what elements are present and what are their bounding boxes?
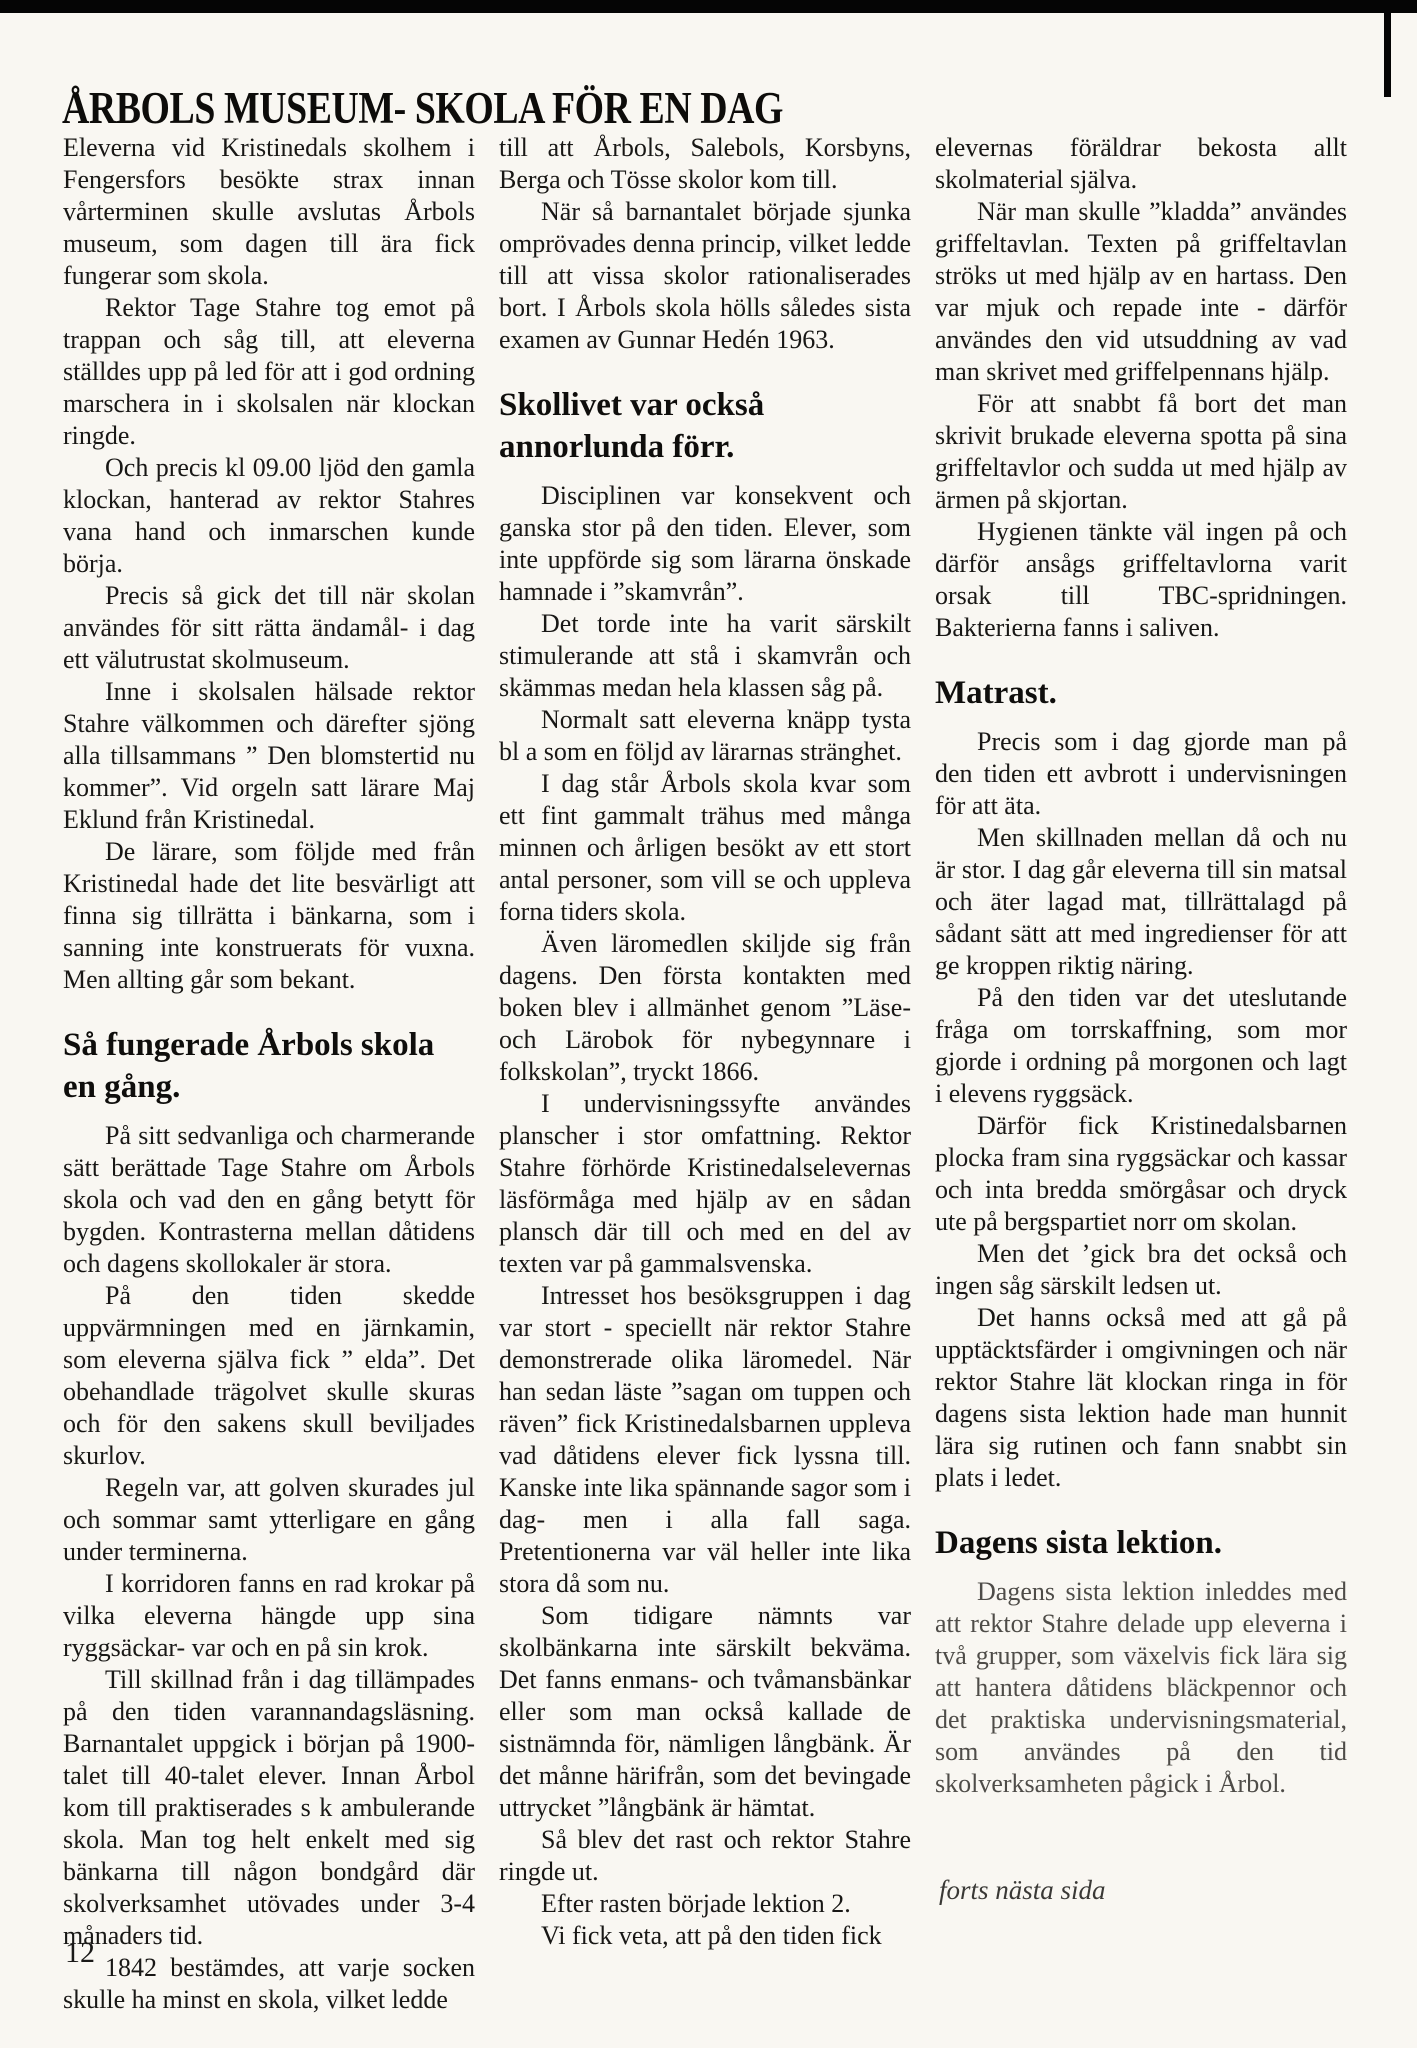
- paragraph: I undervisningssyfte användes planscher …: [499, 1088, 911, 1280]
- article-column-2: till att Årbols, Salebols, Korsbyns, Ber…: [499, 132, 911, 2016]
- section-heading: Skollivet var också annorlunda förr.: [499, 384, 911, 468]
- paragraph: Efter rasten började lektion 2.: [499, 1888, 911, 1920]
- magazine-page: ÅRBOLS MUSEUM- SKOLA FÖR EN DAG Eleverna…: [0, 0, 1417, 2048]
- paragraph: Intresset hos besöksgruppen i dag var st…: [499, 1280, 911, 1600]
- paragraph: Därför fick Kristinedalsbarnen plocka fr…: [935, 1110, 1347, 1238]
- paragraph: I korridoren fanns en rad krokar på vilk…: [63, 1568, 475, 1664]
- paragraph: Hygienen tänkte väl ingen på och därför …: [935, 516, 1347, 644]
- paragraph: Det torde inte ha varit särskilt stimule…: [499, 608, 911, 704]
- paragraph: Och precis kl 09.00 ljöd den gamla klock…: [63, 452, 475, 580]
- paragraph: Även läromedlen skiljde sig från dagens.…: [499, 928, 911, 1088]
- page-title: ÅRBOLS MUSEUM- SKOLA FÖR EN DAG: [62, 84, 783, 134]
- paragraph: När man skulle ”kladda” användes griffel…: [935, 196, 1347, 388]
- page-number: 12: [65, 1936, 95, 1970]
- paragraph: till att Årbols, Salebols, Korsbyns, Ber…: [499, 132, 911, 196]
- article-column-1: Eleverna vid Kristinedals skolhem i Feng…: [63, 132, 475, 2016]
- paragraph: På den tiden var det uteslutande fråga o…: [935, 982, 1347, 1110]
- paragraph: I dag står Årbols skola kvar som ett fin…: [499, 768, 911, 928]
- paragraph: Så blev det rast och rektor Stahre ringd…: [499, 1824, 911, 1888]
- paragraph: Regeln var, att golven skurades jul och …: [63, 1472, 475, 1568]
- paragraph: Normalt satt eleverna knäpp tysta bl a s…: [499, 704, 911, 768]
- paragraph: Precis som i dag gjorde man på den tiden…: [935, 726, 1347, 822]
- paragraph: På sitt sedvanliga och charmerande sätt …: [63, 1120, 475, 1280]
- paragraph: När så barnantalet började sjunka ompröv…: [499, 196, 911, 356]
- paragraph: Vi fick veta, att på den tiden fick: [499, 1920, 911, 1952]
- paragraph: elevernas föräldrar bekosta allt skolmat…: [935, 132, 1347, 196]
- paragraph: Eleverna vid Kristinedals skolhem i Feng…: [63, 132, 475, 292]
- paragraph: Inne i skolsalen hälsade rektor Stahre v…: [63, 676, 475, 836]
- paragraph: Dagens sista lektion inleddes med att re…: [935, 1576, 1347, 1800]
- paragraph: Som tidigare nämnts var skolbänkarna int…: [499, 1600, 911, 1824]
- paragraph: 1842 bestämdes, att varje socken skulle …: [63, 1952, 475, 2016]
- paragraph: Disciplinen var konsekvent och ganska st…: [499, 480, 911, 608]
- paragraph: Men skillnaden mellan då och nu är stor.…: [935, 822, 1347, 982]
- paragraph: För att snabbt få bort det man skrivit b…: [935, 388, 1347, 516]
- continuation-note: forts nästa sida: [935, 1874, 1347, 1906]
- paragraph: Rektor Tage Stahre tog emot på trappan o…: [63, 292, 475, 452]
- paragraph: Det hanns också med att gå på upptäcktsf…: [935, 1302, 1347, 1494]
- paragraph: Men det ’gick bra det också och ingen så…: [935, 1238, 1347, 1302]
- paragraph: På den tiden skedde uppvärmningen med en…: [63, 1280, 475, 1472]
- article-column-3: elevernas föräldrar bekosta allt skolmat…: [935, 132, 1347, 2016]
- paragraph: Till skillnad från i dag tillämpades på …: [63, 1664, 475, 1952]
- section-heading: Matrast.: [935, 672, 1347, 714]
- article-columns: Eleverna vid Kristinedals skolhem i Feng…: [63, 132, 1347, 2016]
- section-heading: Dagens sista lektion.: [935, 1522, 1347, 1564]
- scan-edge-right-mark: [1384, 0, 1391, 97]
- section-heading: Så fungerade Årbols skola en gång.: [63, 1024, 475, 1108]
- paragraph: De lärare, som följde med från Kristined…: [63, 836, 475, 996]
- paragraph: Precis så gick det till när skolan använ…: [63, 580, 475, 676]
- scan-edge-top-bar: [0, 0, 1417, 13]
